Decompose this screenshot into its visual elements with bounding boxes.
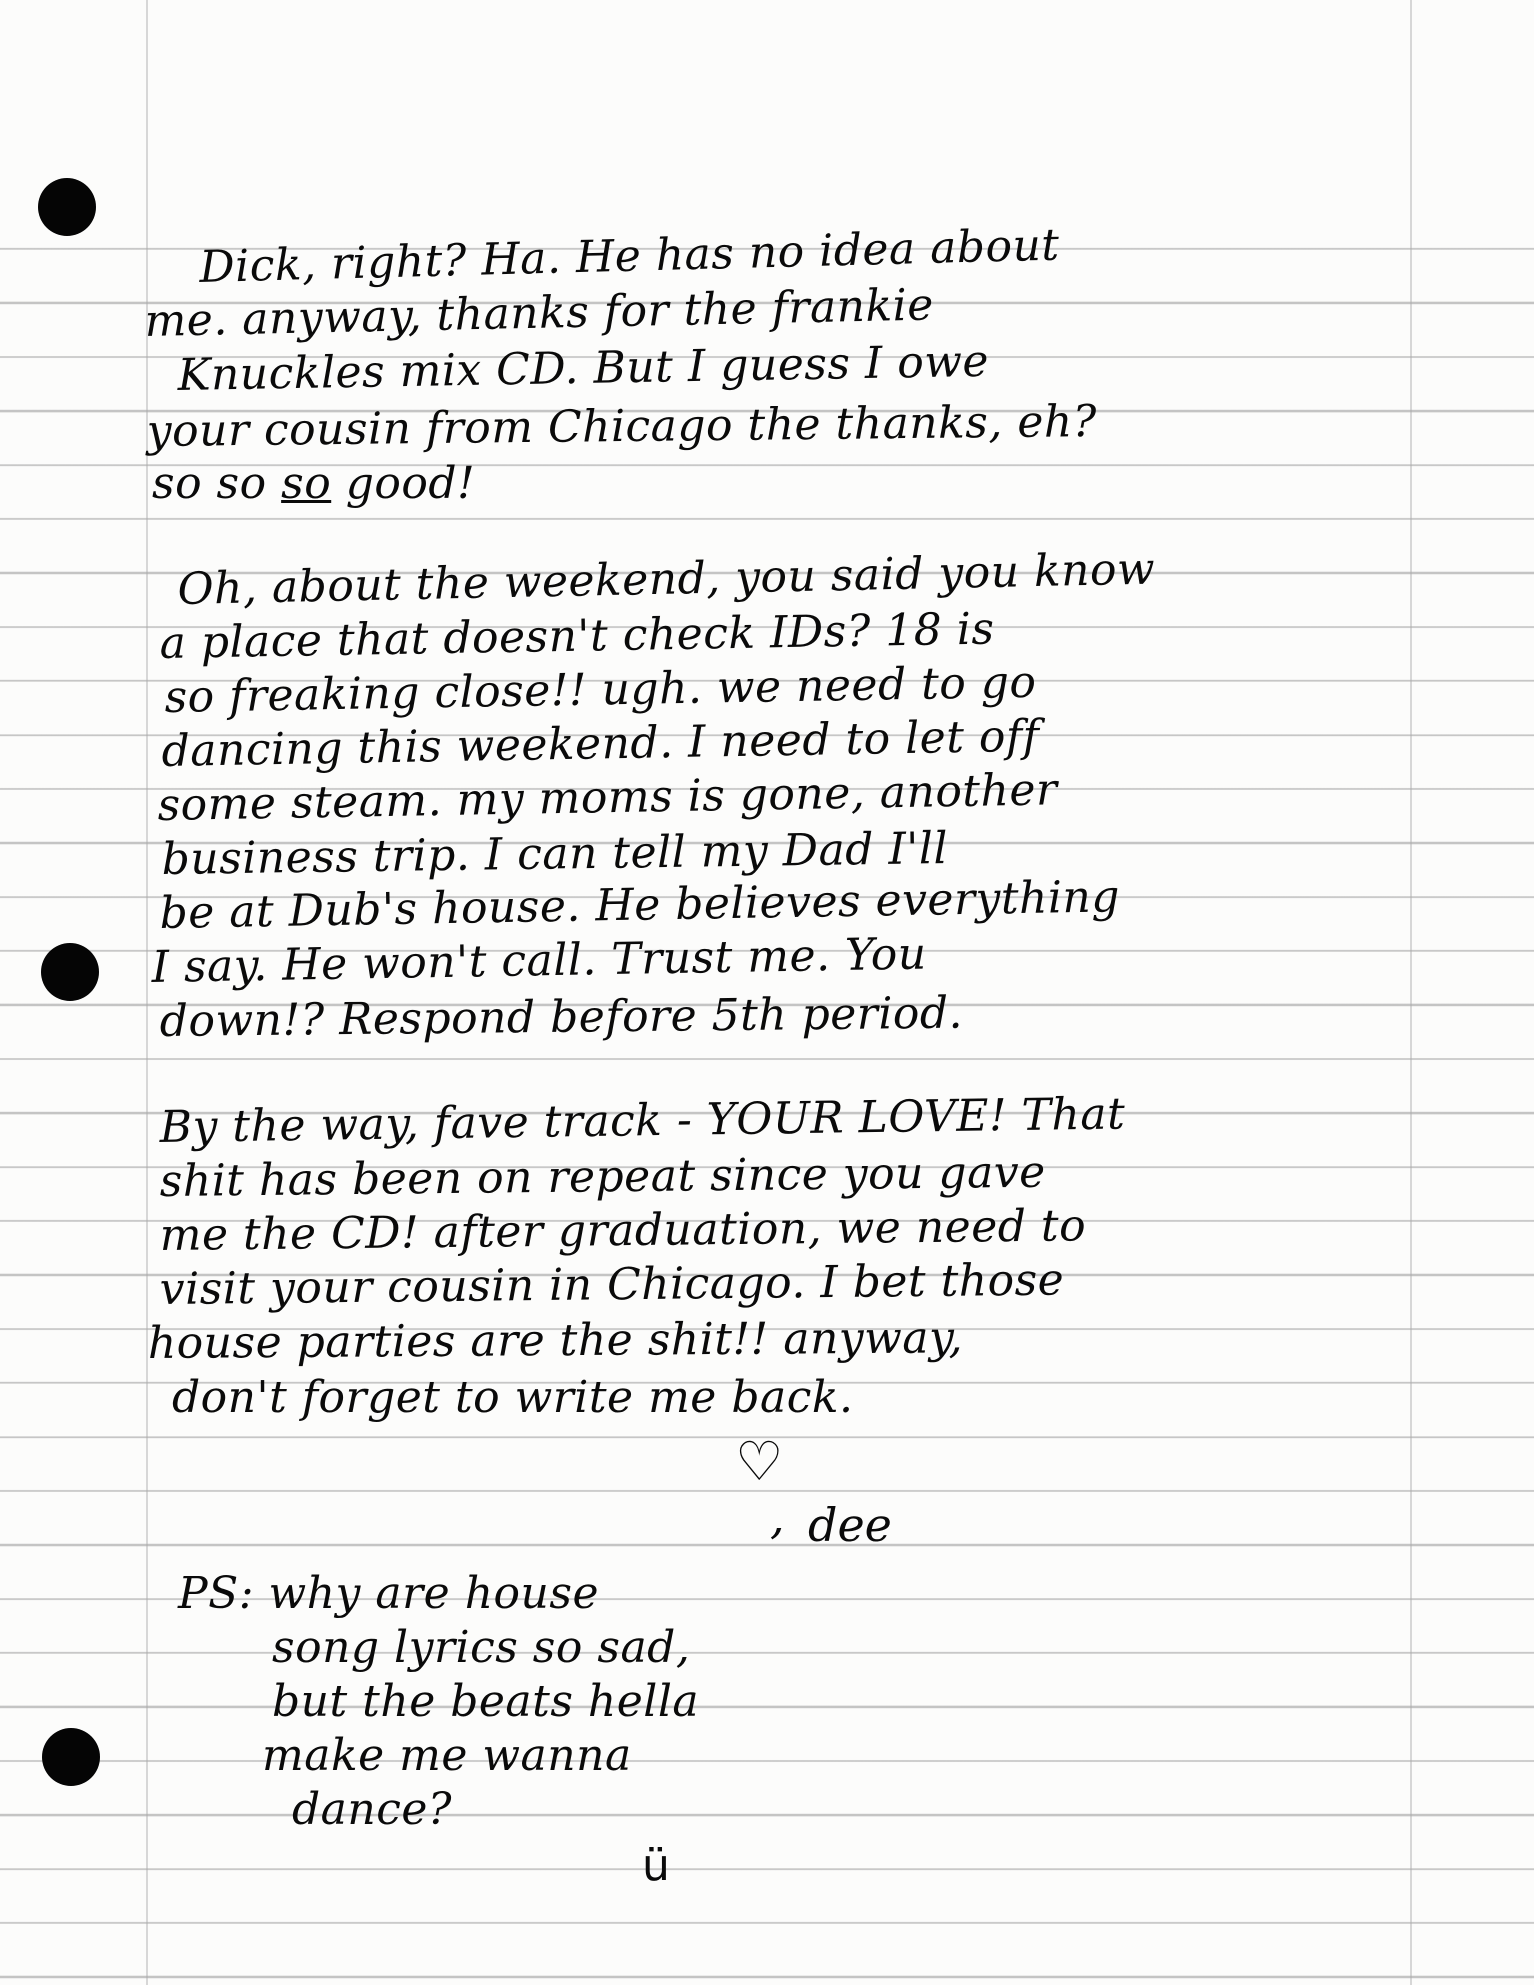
letter-line: so so so good! (152, 462, 475, 506)
paper-header-area (0, 0, 1534, 246)
letter-line: down!? Respond before 5th period. (160, 992, 964, 1044)
letter-line: business trip. I can tell my Dad I'll (161, 827, 948, 882)
smiley-face-icon: ü (642, 1840, 670, 1891)
ps-line: song lyrics so sad, (272, 1626, 690, 1670)
ps-line: make me wanna (262, 1734, 632, 1778)
ps-line: but the beats hella (272, 1680, 699, 1724)
underlined-emphasis: so (281, 458, 331, 509)
letter-text: good! (331, 458, 475, 509)
letter-line: don't forget to write me back. (172, 1376, 854, 1420)
letter-line: house parties are the shit!! anyway, (148, 1316, 964, 1366)
letter-line: By the way, fave track - YOUR LOVE! That (159, 1093, 1125, 1150)
signature-name: dee (808, 1498, 892, 1552)
letter-line: me the CD! after graduation, we need to (160, 1204, 1087, 1258)
ps-line: PS: why are house (178, 1572, 599, 1616)
binder-hole-top (38, 178, 96, 236)
heart-icon: ♡ (735, 1430, 783, 1493)
letter-line: your cousin from Chicago the thanks, eh? (147, 400, 1098, 454)
signature-comma: , (770, 1490, 785, 1544)
letter-line: shit has been on repeat since you gave (160, 1151, 1046, 1204)
letter-line: visit your cousin in Chicago. I bet thos… (160, 1259, 1065, 1312)
binder-hole-middle (41, 943, 99, 1001)
right-margin-rule (1410, 0, 1412, 1985)
binder-hole-bottom (42, 1728, 100, 1786)
ps-line: dance? (292, 1788, 452, 1832)
letter-line: I say. He won't call. Trust me. You (151, 932, 927, 990)
letter-text: so so (152, 458, 281, 509)
